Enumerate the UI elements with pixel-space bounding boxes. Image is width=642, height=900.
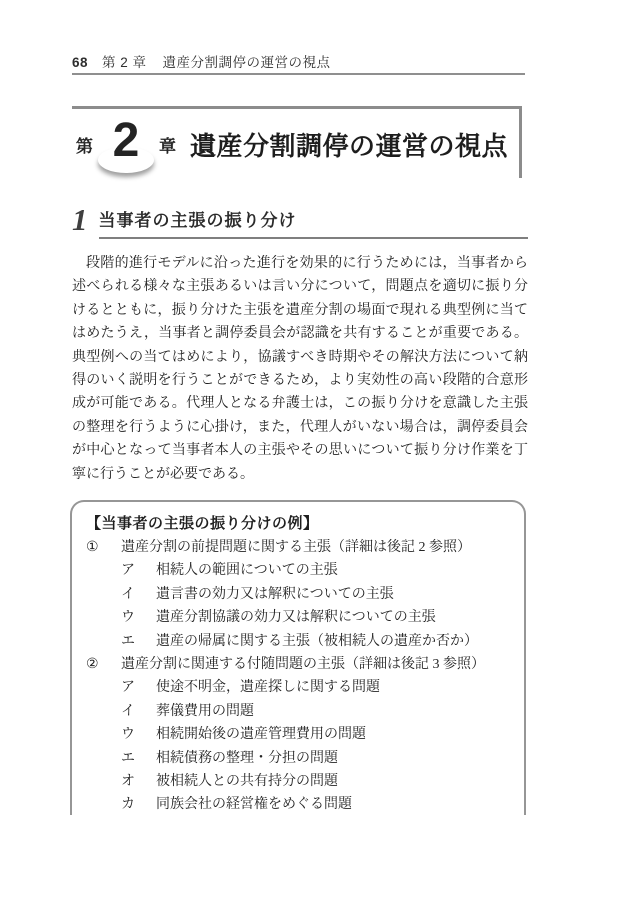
header-rule [72, 73, 525, 75]
item-marker: カ [121, 793, 156, 815]
item-marker: ア [121, 676, 156, 699]
section-title: 当事者の主張の振り分け [99, 211, 297, 230]
item-marker: ウ [121, 723, 156, 746]
item-text: 葬儀費用の問題 [156, 700, 254, 723]
body-line: けるとともに，振り分けた主張を遺産分割の場面で現れる典型例に当て [72, 299, 528, 322]
item-text: 相続債務の整理・分担の問題 [156, 747, 338, 770]
item-text: 使途不明金，遺産探しに関する問題 [156, 676, 380, 699]
list-item: エ 相続債務の整理・分担の問題 [121, 747, 510, 770]
body-line: が中心となって当事者本人の主張やその思いについて振り分け作業を丁 [72, 439, 528, 462]
item-text: 遺産分割に関連する付随問題の主張（詳細は後記 3 参照） [121, 653, 485, 676]
section-underline: 当事者の主張の振り分け [99, 206, 529, 239]
body-line: 成が可能である。代理人となる弁護士は，この振り分けを意識した主張 [72, 392, 528, 415]
book-page: 68 第 2 章 遺産分割調停の運営の視点 第 2 章 遺産分割調停の運営の視点… [0, 0, 642, 900]
body-paragraph: 段階的進行モデルに沿った進行を効果的に行うためには，当事者から 述べられる様々な… [72, 252, 528, 486]
body-line: 得のいく説明を行うことができるため，より実効性の高い段階的合意形 [72, 369, 528, 392]
chapter-suffix: 章 [159, 132, 176, 157]
item-text: 同族会社の経営権をめぐる問題 [156, 793, 352, 815]
item-marker: ア [121, 559, 156, 582]
example-box: 【当事者の主張の振り分けの例】 ① 遺産分割の前提問題に関する主張（詳細は後記 … [70, 500, 526, 815]
chapter-title: 遺産分割調停の運営の視点 [190, 126, 508, 163]
list-item: エ 遺産の帰属に関する主張（被相続人の遺産か否か） [121, 630, 510, 653]
list-item: ア 相続人の範囲についての主張 [121, 559, 510, 582]
item-text: 遺産分割協議の効力又は解釈についての主張 [156, 606, 436, 629]
item-text: 遺言書の効力又は解釈についての主張 [156, 583, 394, 606]
item-marker: ② [86, 653, 121, 676]
list-item: オ 被相続人との共有持分の問題 [121, 770, 510, 793]
item-text: 遺産分割の前提問題に関する主張（詳細は後記 2 参照） [121, 536, 471, 559]
item-marker: ① [86, 536, 121, 559]
item-text: 遺産の帰属に関する主張（被相続人の遺産か否か） [156, 630, 478, 653]
running-header: 68 第 2 章 遺産分割調停の運営の視点 [72, 51, 528, 71]
list-item: ① 遺産分割の前提問題に関する主張（詳細は後記 2 参照） [86, 536, 510, 559]
list-item: ② 遺産分割に関連する付随問題の主張（詳細は後記 3 参照） [86, 653, 510, 676]
chapter-number: 2 [113, 114, 140, 167]
item-marker: エ [121, 747, 156, 770]
body-line: 述べられる様々な主張あるいは言い分について，問題点を適切に振り分 [72, 275, 528, 298]
item-marker: イ [121, 583, 156, 606]
chapter-number-badge: 2 [95, 121, 157, 169]
body-line: 段階的進行モデルに沿った進行を効果的に行うためには，当事者から [72, 252, 528, 275]
item-marker: ウ [121, 606, 156, 629]
list-item: ア 使途不明金，遺産探しに関する問題 [121, 676, 510, 699]
list-item: カ 同族会社の経営権をめぐる問題 [121, 793, 510, 815]
item-text: 被相続人との共有持分の問題 [156, 770, 338, 793]
section-number: 1 [72, 204, 88, 235]
chapter-prefix: 第 [76, 132, 93, 157]
chapter-heading-frame: 第 2 章 遺産分割調停の運営の視点 [72, 106, 522, 178]
list-item: ウ 相続開始後の遺産管理費用の問題 [121, 723, 510, 746]
item-marker: イ [121, 700, 156, 723]
item-marker: オ [121, 770, 156, 793]
item-text: 相続開始後の遺産管理費用の問題 [156, 723, 366, 746]
list-item: イ 葬儀費用の問題 [121, 700, 510, 723]
section-heading: 1 当事者の主張の振り分け [72, 204, 528, 239]
running-chapter-label: 第 2 章 [102, 51, 147, 71]
chapter-heading: 第 2 章 遺産分割調停の運営の視点 [72, 109, 519, 178]
list-item: ウ 遺産分割協議の効力又は解釈についての主張 [121, 606, 510, 629]
body-line: 寧に行うことが必要である。 [72, 463, 528, 486]
body-line: 典型例への当てはめにより，協議すべき時期やその解決方法について納 [72, 346, 528, 369]
page-number: 68 [72, 55, 88, 70]
item-text: 相続人の範囲についての主張 [156, 559, 338, 582]
running-chapter-title: 遺産分割調停の運営の視点 [163, 51, 331, 71]
body-line: の整理を行うように心掛け，また，代理人がいない場合は，調停委員会 [72, 416, 528, 439]
list-item: イ 遺言書の効力又は解釈についての主張 [121, 583, 510, 606]
body-line: はめたうえ，当事者と調停委員会が認識を共有することが重要である。 [72, 322, 528, 345]
item-marker: エ [121, 630, 156, 653]
example-box-heading: 【当事者の主張の振り分けの例】 [86, 512, 510, 536]
